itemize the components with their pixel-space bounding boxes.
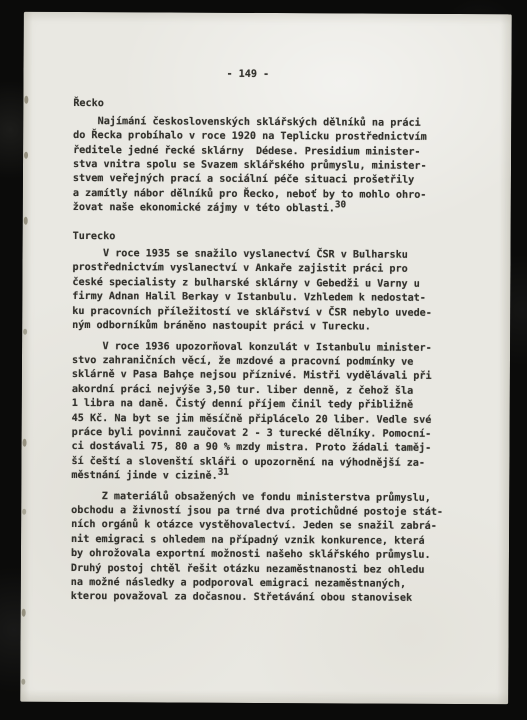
binding-stitch-mark	[24, 96, 28, 104]
binding-stitch-mark	[24, 152, 28, 159]
paragraph: Najímání československých sklářských děl…	[73, 115, 484, 218]
paragraph: V roce 1936 upozorňoval konzulát v Istan…	[71, 339, 482, 485]
paragraph: Z materiálů obsažených ve fondu minister…	[71, 490, 482, 607]
binding-stitch-mark	[23, 329, 27, 335]
binding-stitch-mark	[21, 679, 25, 685]
text-column: - 149 - Řecko Najímání československých …	[71, 67, 484, 607]
binding-stitch-mark	[22, 609, 26, 617]
footnote-reference: 30	[335, 199, 346, 210]
paragraph-text: V roce 1936 upozorňoval konzulát v Istan…	[71, 340, 431, 481]
paragraph-text: V roce 1935 se snažilo vyslanectví ČSR v…	[72, 248, 432, 333]
paragraph: V roce 1935 se snažilo vyslanectví ČSR v…	[72, 247, 482, 336]
binding-stitch-mark	[24, 217, 28, 225]
scanner-background: - 149 - Řecko Najímání československých …	[0, 0, 527, 720]
paragraph-text: Najímání československých sklářských děl…	[73, 116, 427, 215]
section-heading: Řecko	[73, 97, 483, 114]
paragraph-text: Z materiálů obsažených ve fondu minister…	[71, 491, 443, 605]
binding-stitch-mark	[23, 439, 27, 447]
binding-stitch-mark	[22, 509, 26, 515]
section-heading: Turecko	[73, 230, 483, 247]
document-page: - 149 - Řecko Najímání československých …	[20, 12, 512, 705]
footnote-reference: 31	[218, 466, 229, 477]
page-number: - 149 -	[73, 67, 483, 84]
